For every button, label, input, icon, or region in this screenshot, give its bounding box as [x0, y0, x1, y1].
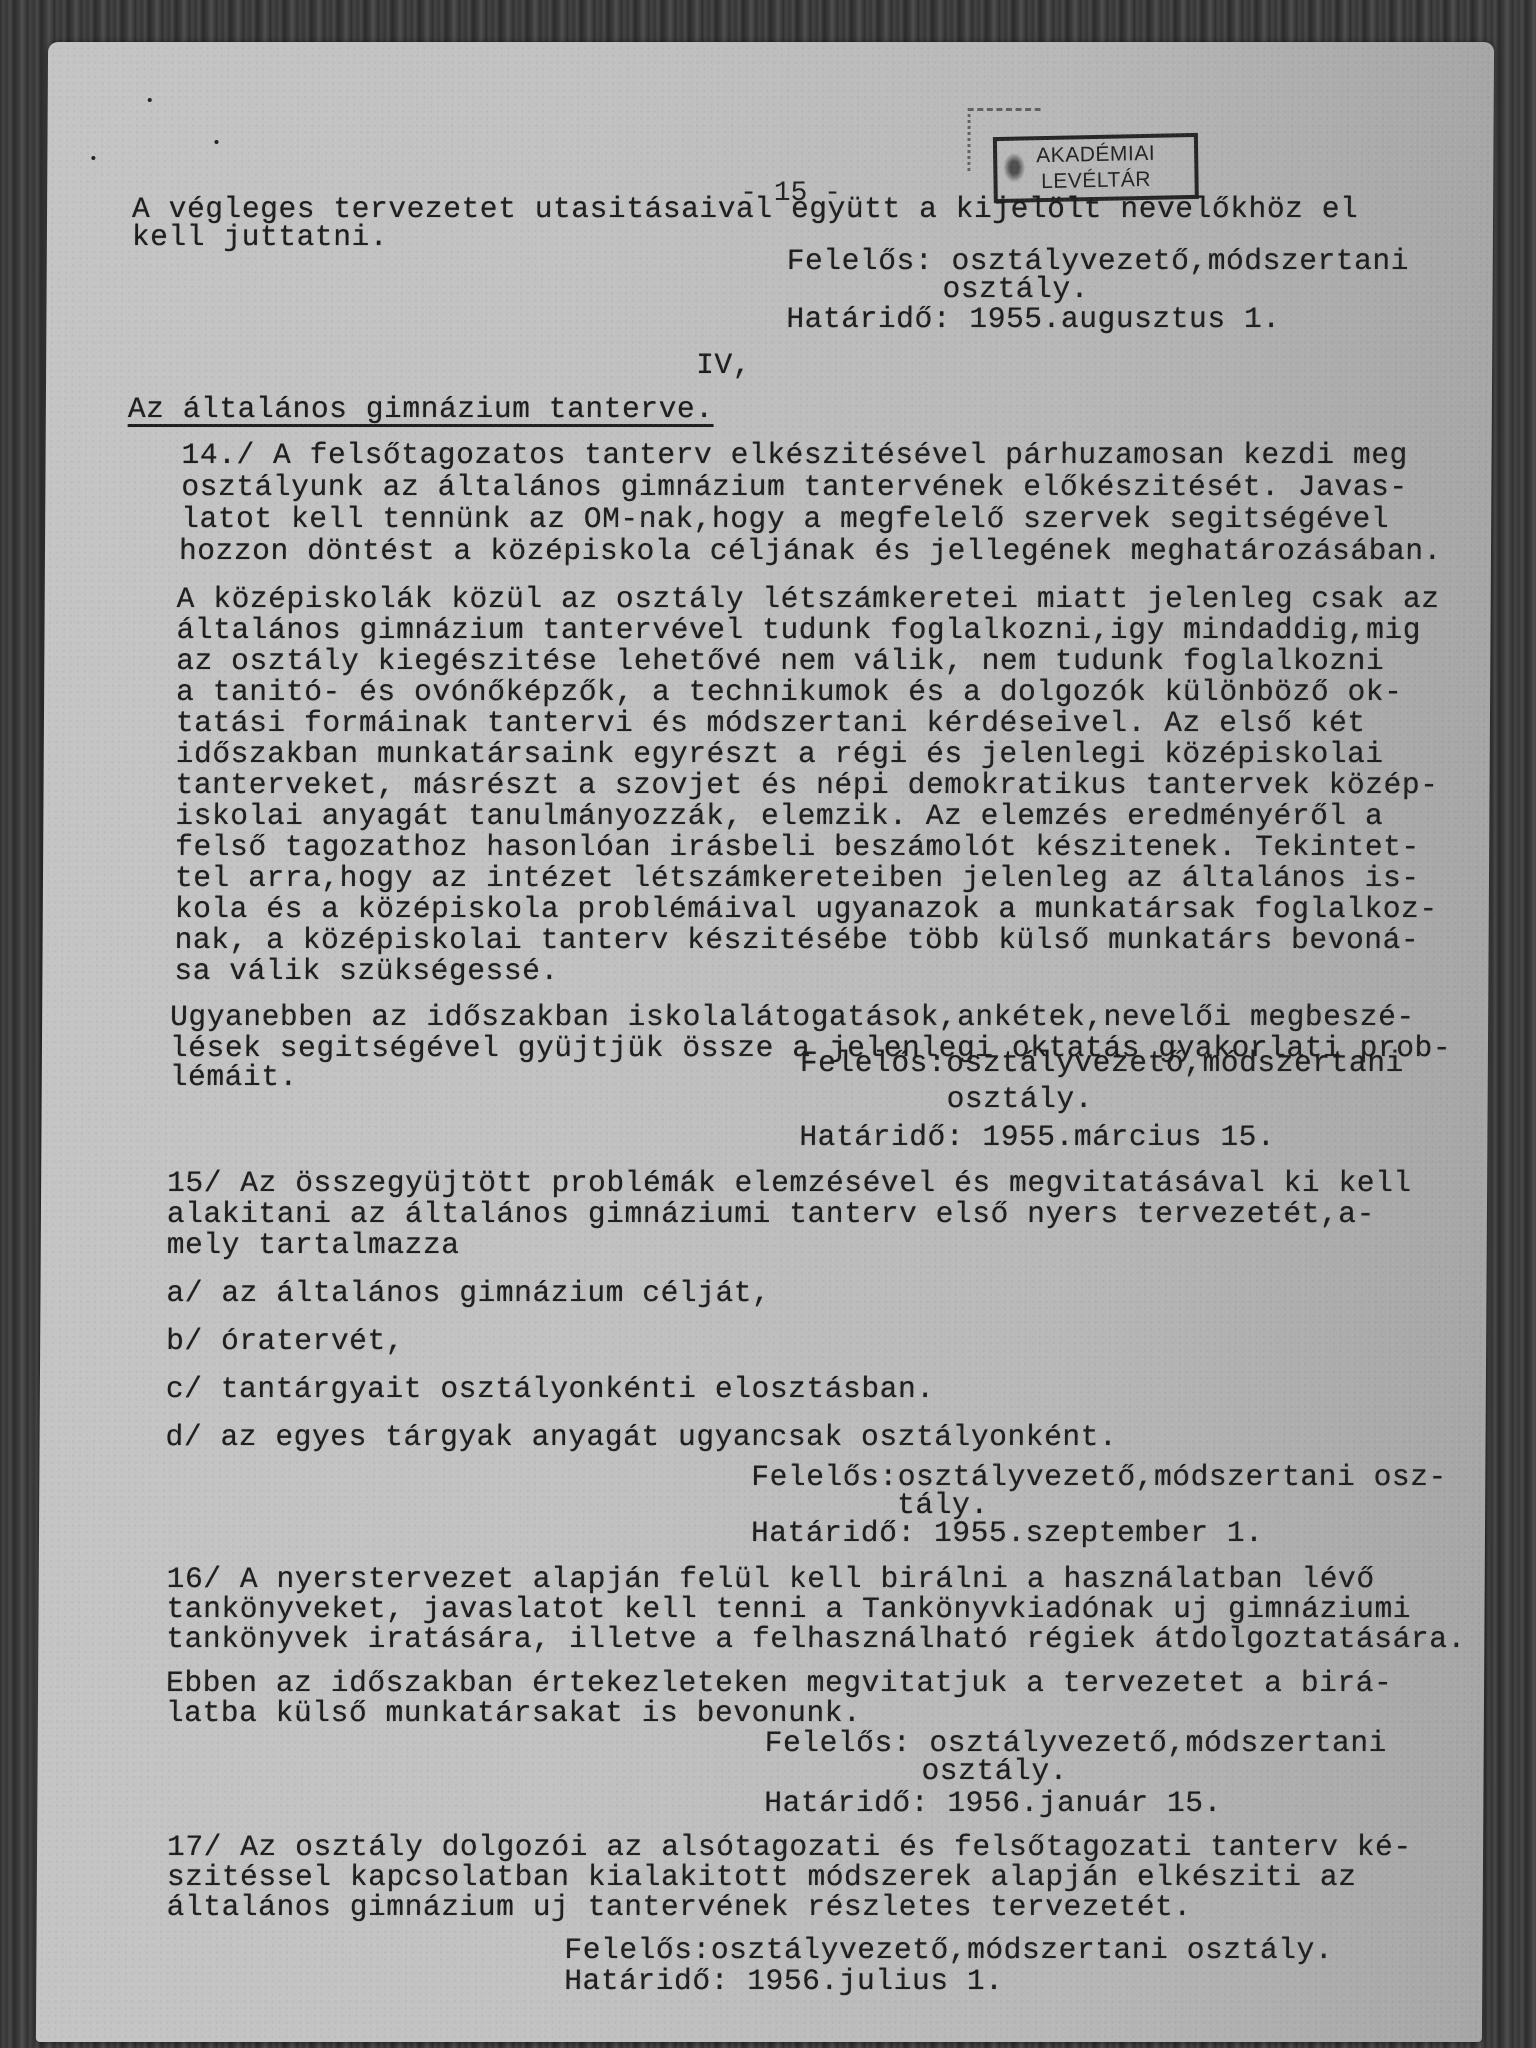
item14-p2-line: A középiskolák közül az osztály létszámk…: [177, 584, 1440, 616]
item16-line: tankönyvek iratására, illetve a felhaszn…: [166, 1624, 1466, 1656]
deadline: Határidő: 1955.augusztus 1.: [786, 304, 1280, 336]
item14-p2-line: tatási formáinak tantervi és módszertani…: [176, 708, 1366, 740]
paper-speck: [91, 156, 95, 160]
item14-p2-line: általános gimnázium tantervével tudunk f…: [176, 615, 1421, 647]
item15-list-item: d/ az egyes tárgyak anyagát ugyancsak os…: [165, 1422, 1117, 1454]
item16-p2-line: Ebben az időszakban értekezleteken megvi…: [166, 1668, 1392, 1700]
paper-speck: [148, 98, 152, 102]
responsible-label: Felelős: osztályvezető,módszertani: [765, 1728, 1388, 1760]
responsible-label-cont: osztály.: [942, 274, 1089, 306]
item14-p2-line: sa válik szükségessé.: [174, 956, 559, 988]
responsible-label: Felelős:osztályvezető,módszertani osz-: [751, 1462, 1447, 1494]
item17-line: 17/ Az osztály dolgozói az alsótagozati …: [167, 1832, 1412, 1864]
responsible-label-cont: osztály.: [947, 1084, 1094, 1116]
item14-p3-line: lémáit.: [170, 1062, 298, 1094]
item14-line: 14./ A felsőtagozatos tanterv elkészités…: [181, 440, 1407, 472]
responsible-label: Felelős:osztályvezető,módszertani osztál…: [564, 1935, 1333, 1967]
item14-line: osztályunk az általános gimnázium tanter…: [181, 472, 1407, 504]
item16-p2-line: latba külső munkatársakat is bevonunk.: [166, 1698, 862, 1730]
item17-line: szitéssel kapcsolatban kialakitott módsz…: [167, 1862, 1357, 1894]
item14-line: latot kell tennünk az OM-nak,hogy a megf…: [181, 504, 1389, 536]
item16-line: tankönyveket, javaslatot kell tenni a Ta…: [166, 1594, 1411, 1626]
stamp-line-1: AKADÉMIAI: [997, 141, 1194, 169]
item14-p2-line: felső tagozathoz hasonlóan irásbeli besz…: [175, 832, 1420, 864]
responsible-label-cont: osztály.: [921, 1756, 1068, 1788]
deadline: Határidő: 1955.szeptember 1.: [751, 1518, 1264, 1550]
responsible-label: Felelős: osztályvezető,módszertani: [787, 246, 1410, 278]
item15-list-item: b/ óratervét,: [166, 1326, 404, 1358]
item15-line: mely tartalmazza: [167, 1230, 460, 1262]
deadline: Határidő: 1956.julius 1.: [564, 1966, 1003, 1998]
item14-p2-line: tel arra,hogy az intézet létszámkereteib…: [175, 863, 1420, 895]
item15-line: alakitani az általános gimnáziumi tanter…: [167, 1199, 1375, 1231]
item14-p2-line: időszakban munkatársaink egyrészt a régi…: [176, 739, 1384, 771]
item14-p2-line: tanterveket, másrészt a szovjet és népi …: [175, 770, 1438, 802]
section-numeral: IV,: [696, 350, 751, 382]
responsible-label: Felelős:osztályvezető,módszertani: [800, 1048, 1404, 1080]
item17-line: általános gimnázium uj tantervének részl…: [167, 1892, 1192, 1924]
stamp-line-2: LEVÉLTÁR: [997, 167, 1194, 195]
item14-p2-line: iskolai anyagát tanulmányozzák, elemzik.…: [175, 801, 1383, 833]
item14-line: hozzon döntést a középiskola céljának és…: [179, 536, 1442, 568]
item14-p3-line: Ugyanebben az időszakban iskolalátogatás…: [170, 1002, 1415, 1034]
item15-list-item: a/ az általános gimnázium célját,: [166, 1278, 770, 1310]
item16-line: 16/ A nyerstervezet alapján felül kell b…: [167, 1564, 1375, 1596]
item15-line: 15/ Az összegyüjtött problémák elemzésév…: [167, 1168, 1412, 1200]
deadline: Határidő: 1955.március 15.: [799, 1122, 1275, 1154]
intro-line: kell juttatni.: [132, 222, 388, 254]
section-heading: Az általános gimnázium tanterve.: [128, 394, 714, 426]
document-page: - 15 - AKADÉMIAI LEVÉLTÁR A végleges ter…: [36, 42, 1494, 2042]
item14-p2-line: a tanitó- és ovónőképzők, a technikumok …: [176, 677, 1402, 709]
item15-list-item: c/ tantárgyait osztályonkénti elosztásba…: [166, 1374, 935, 1406]
item14-p2-line: nak, a középiskolai tanterv készitésébe …: [175, 925, 1420, 957]
item14-p2-line: kola és a középiskola problémáival ugyan…: [175, 894, 1438, 926]
deadline: Határidő: 1956.január 15.: [764, 1788, 1222, 1820]
paper-speck: [214, 140, 218, 144]
item14-p2-line: az osztály kiegészitése lehetővé nem vál…: [176, 646, 1384, 678]
